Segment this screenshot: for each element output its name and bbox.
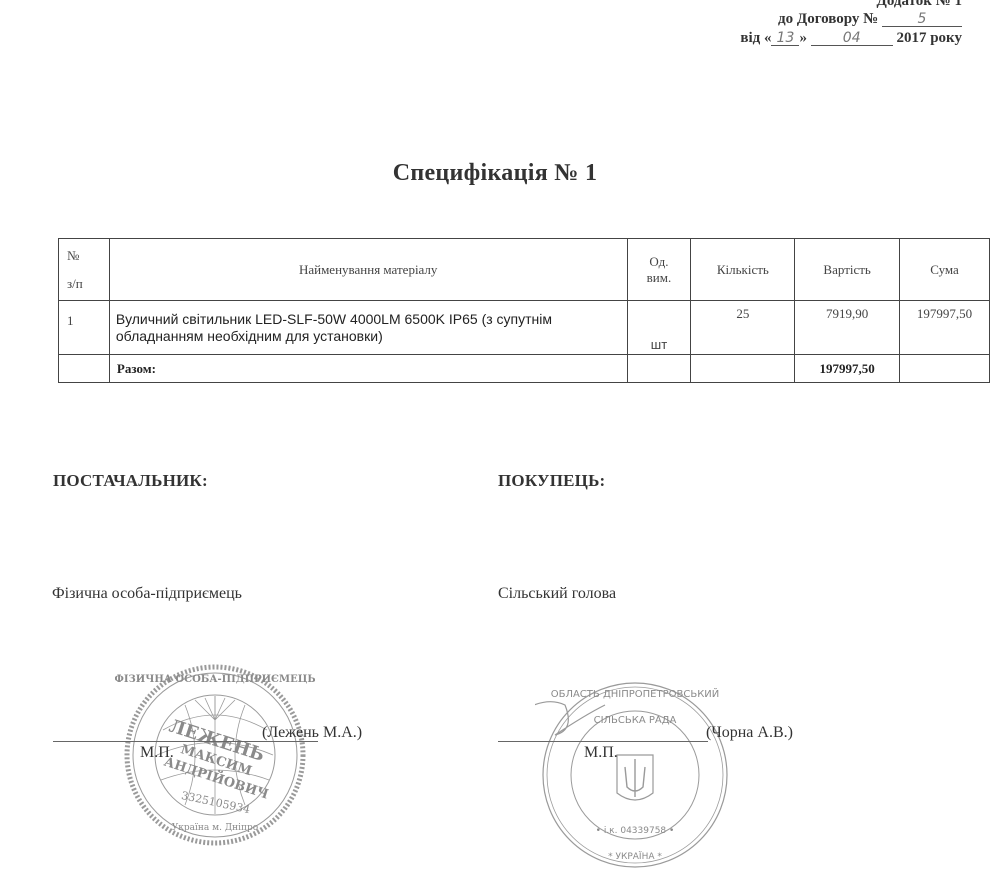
row-qty: 25: [691, 301, 795, 355]
date-separator: »: [799, 30, 807, 46]
svg-text:Україна м. Дніпро: Україна м. Дніпро: [172, 823, 258, 833]
row-price: 7919,90: [795, 301, 900, 355]
row-sum: 197997,50: [900, 301, 990, 355]
date-month: 04: [811, 31, 893, 46]
header-qty: Кількість: [691, 239, 795, 301]
specification-table: № з/п Найменування матеріалу Од. вим. Кі…: [58, 238, 990, 383]
date-year: 2017 року: [896, 30, 962, 46]
total-empty-1: [59, 355, 110, 383]
header-unit: Од. вим.: [627, 239, 691, 301]
contract-number: 5: [882, 12, 962, 27]
header-num-line1: №: [67, 247, 109, 265]
date-prefix: від «: [740, 30, 771, 46]
buyer-heading: ПОКУПЕЦЬ:: [498, 471, 605, 491]
svg-text:• і.к. 04339758 •: • і.к. 04339758 •: [596, 826, 675, 836]
buyer-signatory: (Чорна А.В.): [706, 724, 793, 742]
supplier-signatory: (Лежень М.А.): [262, 724, 362, 742]
table-total-row: Разом: 197997,50: [59, 355, 990, 383]
row-num: 1: [59, 301, 110, 355]
buyer-signature-line: [498, 741, 708, 742]
date-day: 13: [771, 31, 799, 46]
total-empty-3: [691, 355, 795, 383]
header-unit-line1: Од.: [628, 254, 691, 270]
contract-date: від «13» 04 2017 року: [740, 29, 962, 48]
table-header-row: № з/п Найменування матеріалу Од. вим. Кі…: [59, 239, 990, 301]
svg-text:ФІЗИЧНА ОСОБА-ПІДПРИЄМЕЦЬ: ФІЗИЧНА ОСОБА-ПІДПРИЄМЕЦЬ: [115, 674, 315, 685]
header-sum: Сума: [900, 239, 990, 301]
total-value: 197997,50: [795, 355, 900, 383]
header-num-line2: з/п: [67, 275, 109, 293]
header-num: № з/п: [59, 239, 110, 301]
supplier-heading: ПОСТАЧАЛЬНИК:: [53, 471, 208, 491]
header-unit-line2: вим.: [628, 270, 691, 286]
total-empty-4: [900, 355, 990, 383]
table-row: 1 Вуличний світильник LED-SLF-50W 4000LM…: [59, 301, 990, 355]
supplier-position: Фізична особа-підприємець: [52, 585, 242, 603]
svg-text:ОБЛАСТЬ ДНІПРОПЕТРОВСЬКИЙ: ОБЛАСТЬ ДНІПРОПЕТРОВСЬКИЙ: [551, 687, 720, 700]
svg-text:* УКРАЇНА *: * УКРАЇНА *: [608, 851, 662, 862]
header-price: Вартість: [795, 239, 900, 301]
svg-text:СІЛЬСЬКА РАДА: СІЛЬСЬКА РАДА: [594, 715, 677, 726]
contract-reference: до Договору № 5: [778, 10, 962, 29]
header-name: Найменування матеріалу: [109, 239, 627, 301]
row-unit: шт: [627, 301, 691, 355]
buyer-seal-label: М.П.: [584, 744, 618, 762]
contract-prefix: до Договору №: [778, 11, 878, 27]
total-label: Разом:: [109, 355, 627, 383]
buyer-position: Сільський голова: [498, 585, 616, 603]
total-empty-2: [627, 355, 691, 383]
page-title: Специфікація № 1: [0, 160, 990, 187]
buyer-stamp-icon: ОБЛАСТЬ ДНІПРОПЕТРОВСЬКИЙ СІЛЬСЬКА РАДА …: [535, 675, 735, 870]
supplier-seal-label: М.П.: [140, 744, 174, 762]
row-name: Вуличний світильник LED-SLF-50W 4000LM 6…: [109, 301, 627, 355]
